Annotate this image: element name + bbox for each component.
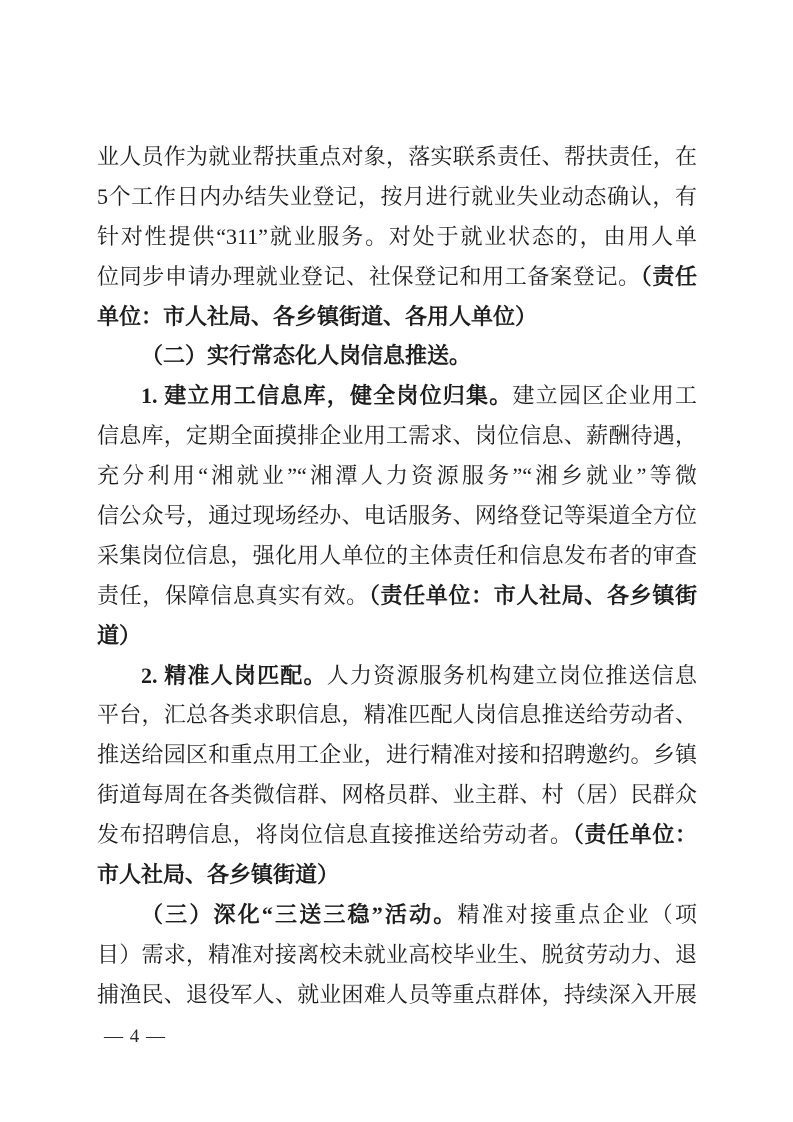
text-line: 目）需求，精准对接离校未就业高校毕业生、脱贫劳动力、退: [97, 935, 697, 975]
text-line: 推送给园区和重点用工企业，进行精准对接和招聘邀约。乡镇: [97, 735, 697, 775]
text-line: （三）深化“三送三稳”活动。精准对接重点企业（项: [97, 895, 697, 935]
body-text: 街道每周在各类微信群、网格员群、业主群、村（居）民群众: [97, 782, 697, 807]
emphasis-text: 2. 精准人岗匹配。: [141, 663, 327, 688]
emphasis-text: （责任单位：: [573, 822, 697, 847]
page-number: — 4 —: [104, 1026, 166, 1048]
body-text: 精准对接重点企业（项: [457, 902, 697, 927]
text-line: 平台，汇总各类求职信息，精准匹配人岗信息推送给劳动者、: [97, 695, 697, 735]
body-text: 充分利用“湘就业”“湘潭人力资源服务”“湘乡就业”等微: [97, 463, 697, 488]
body-text: 针对性提供“311”就业服务。对处于就业状态的，由用人单: [97, 224, 697, 249]
body-text: 5个工作日内办结失业登记，按月进行就业失业动态确认，有: [97, 184, 697, 209]
body-text: 平台，汇总各类求职信息，精准匹配人岗信息推送给劳动者、: [97, 702, 697, 727]
text-line: 街道每周在各类微信群、网格员群、业主群、村（居）民群众: [97, 775, 697, 815]
emphasis-text: 市人社局、各乡镇街道）: [97, 862, 339, 887]
emphasis-text: 1. 建立用工信息库，健全岗位归集。: [141, 383, 512, 408]
document-body: 业人员作为就业帮扶重点对象，落实联系责任、帮扶责任，在5个工作日内办结失业登记，…: [97, 137, 697, 1015]
text-line: 道）: [97, 616, 697, 656]
text-line: 发布招聘信息，将岗位信息直接推送给劳动者。（责任单位：: [97, 815, 697, 855]
emphasis-text: （二）实行常态化人岗信息推送。: [141, 343, 471, 368]
text-line: 责任，保障信息真实有效。（责任单位：市人社局、各乡镇街: [97, 576, 697, 616]
text-line: 单位：市人社局、各乡镇街道、各用人单位）: [97, 297, 697, 337]
emphasis-text: （责任单位：市人社局、各乡镇街: [369, 583, 697, 608]
body-text: 信公众号，通过现场经办、电话服务、网络登记等渠道全方位: [97, 503, 697, 528]
emphasis-text: 道）: [97, 623, 141, 648]
emphasis-text: （三）深化“三送三稳”活动。: [141, 902, 457, 927]
body-text: 建立园区企业用工: [512, 383, 697, 408]
text-line: 采集岗位信息，强化用人单位的主体责任和信息发布者的审查: [97, 536, 697, 576]
text-line: 位同步申请办理就业登记、社保登记和用工备案登记。（责任: [97, 257, 697, 297]
emphasis-text: （责任: [641, 264, 697, 289]
text-line: 市人社局、各乡镇街道）: [97, 855, 697, 895]
body-text: 业人员作为就业帮扶重点对象，落实联系责任、帮扶责任，在: [97, 144, 697, 169]
body-text: 发布招聘信息，将岗位信息直接推送给劳动者。: [97, 822, 573, 847]
body-text: 人力资源服务机构建立岗位推送信息: [327, 663, 697, 688]
text-line: 充分利用“湘就业”“湘潭人力资源服务”“湘乡就业”等微: [97, 456, 697, 496]
text-line: 1. 建立用工信息库，健全岗位归集。建立园区企业用工: [97, 376, 697, 416]
body-text: 责任，保障信息真实有效。: [97, 583, 369, 608]
body-text: 目）需求，精准对接离校未就业高校毕业生、脱贫劳动力、退: [97, 942, 697, 967]
text-line: 5个工作日内办结失业登记，按月进行就业失业动态确认，有: [97, 177, 697, 217]
text-line: 业人员作为就业帮扶重点对象，落实联系责任、帮扶责任，在: [97, 137, 697, 177]
body-text: 信息库，定期全面摸排企业用工需求、岗位信息、薪酬待遇，: [97, 423, 697, 448]
document-page: 业人员作为就业帮扶重点对象，落实联系责任、帮扶责任，在5个工作日内办结失业登记，…: [0, 0, 793, 1122]
text-line: 信息库，定期全面摸排企业用工需求、岗位信息、薪酬待遇，: [97, 416, 697, 456]
text-line: 针对性提供“311”就业服务。对处于就业状态的，由用人单: [97, 217, 697, 257]
body-text: 位同步申请办理就业登记、社保登记和用工备案登记。: [97, 264, 641, 289]
text-line: （二）实行常态化人岗信息推送。: [97, 336, 697, 376]
body-text: 推送给园区和重点用工企业，进行精准对接和招聘邀约。乡镇: [97, 742, 697, 767]
text-line: 捕渔民、退役军人、就业困难人员等重点群体，持续深入开展: [97, 975, 697, 1015]
body-text: 采集岗位信息，强化用人单位的主体责任和信息发布者的审查: [97, 543, 697, 568]
emphasis-text: 单位：市人社局、各乡镇街道、各用人单位）: [97, 304, 537, 329]
body-text: 捕渔民、退役军人、就业困难人员等重点群体，持续深入开展: [97, 982, 697, 1007]
text-line: 2. 精准人岗匹配。人力资源服务机构建立岗位推送信息: [97, 656, 697, 696]
text-line: 信公众号，通过现场经办、电话服务、网络登记等渠道全方位: [97, 496, 697, 536]
